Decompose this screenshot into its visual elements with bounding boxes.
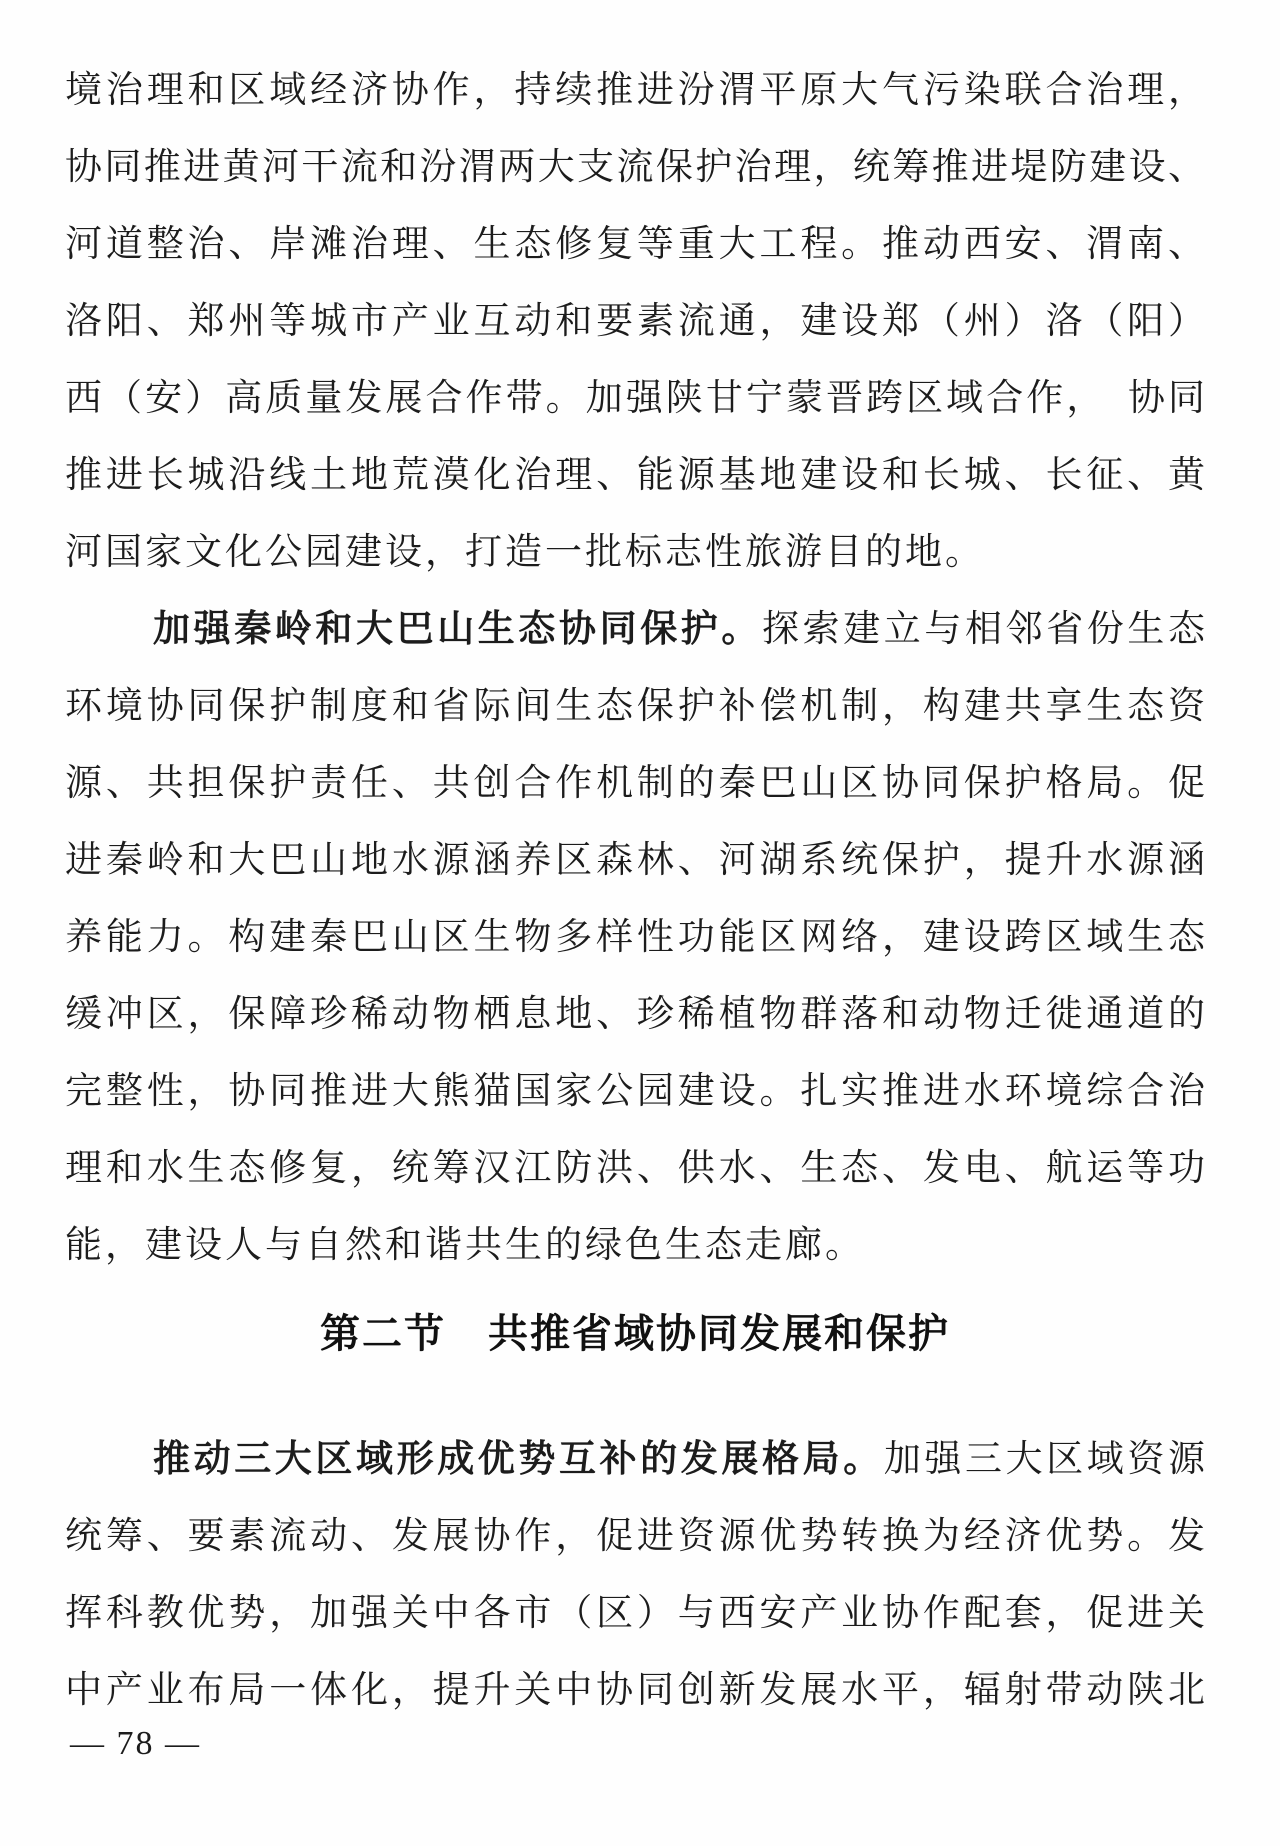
text-line: 协同推进黄河干流和汾渭两大支流保护治理，统筹推进堤防建设、 (65, 129, 1205, 206)
text-line: 缓冲区，保障珍稀动物栖息地、珍稀植物群落和动物迁徙通道的 (65, 976, 1205, 1053)
text-line: 西（安）高质量发展合作带。加强陕甘宁蒙晋跨区域合作， 协同 (65, 360, 1205, 437)
text-line: 河道整治、岸滩治理、生态修复等重大工程。推动西安、渭南、 (65, 206, 1205, 283)
paragraph-lead-rest: 加强三大区域资源 (884, 1439, 1205, 1480)
text-line: 河国家文化公园建设，打造一批标志性旅游目的地。 (65, 514, 1205, 591)
text-line: 进秦岭和大巴山地水源涵养区森林、河湖系统保护，提升水源涵 (65, 822, 1205, 899)
document-page: 境治理和区域经济协作，持续推进汾渭平原大气污染联合治理， 协同推进黄河干流和汾渭… (0, 0, 1280, 1846)
text-line: 挥科教优势，加强关中各市（区）与西安产业协作配套，促进关 (65, 1575, 1205, 1652)
page-number: — 78 — (70, 1722, 201, 1766)
paragraph-lead-line: 推动三大区域形成优势互补的发展格局。加强三大区域资源 (65, 1421, 1205, 1498)
page-body: 境治理和区域经济协作，持续推进汾渭平原大气污染联合治理， 协同推进黄河干流和汾渭… (65, 52, 1205, 1729)
text-line: 境治理和区域经济协作，持续推进汾渭平原大气污染联合治理， (65, 52, 1205, 129)
text-line: 中产业布局一体化，提升关中协同创新发展水平，辐射带动陕北 (65, 1652, 1205, 1729)
text-line: 养能力。构建秦巴山区生物多样性功能区网络，建设跨区域生态 (65, 899, 1205, 976)
text-line: 统筹、要素流动、发展协作，促进资源优势转换为经济优势。发 (65, 1498, 1205, 1575)
text-line: 能，建设人与自然和谐共生的绿色生态走廊。 (65, 1207, 1205, 1284)
text-line: 理和水生态修复，统筹汉江防洪、供水、生态、发电、航运等功 (65, 1130, 1205, 1207)
paragraph-lead-line: 加强秦岭和大巴山生态协同保护。探索建立与相邻省份生态 (65, 591, 1205, 668)
text-line: 洛阳、郑州等城市产业互动和要素流通，建设郑（州）洛（阳） (65, 283, 1205, 360)
text-line: 源、共担保护责任、共创合作机制的秦巴山区协同保护格局。促 (65, 745, 1205, 822)
paragraph-lead-bold: 推动三大区域形成优势互补的发展格局。 (153, 1439, 884, 1480)
section-heading: 第二节 共推省域协同发展和保护 (65, 1296, 1205, 1373)
text-line: 环境协同保护制度和省际间生态保护补偿机制，构建共享生态资 (65, 668, 1205, 745)
text-line: 推进长城沿线土地荒漠化治理、能源基地建设和长城、长征、黄 (65, 437, 1205, 514)
paragraph-lead-bold: 加强秦岭和大巴山生态协同保护。 (153, 609, 762, 650)
text-line: 完整性，协同推进大熊猫国家公园建设。扎实推进水环境综合治 (65, 1053, 1205, 1130)
paragraph-lead-rest: 探索建立与相邻省份生态 (762, 609, 1205, 650)
